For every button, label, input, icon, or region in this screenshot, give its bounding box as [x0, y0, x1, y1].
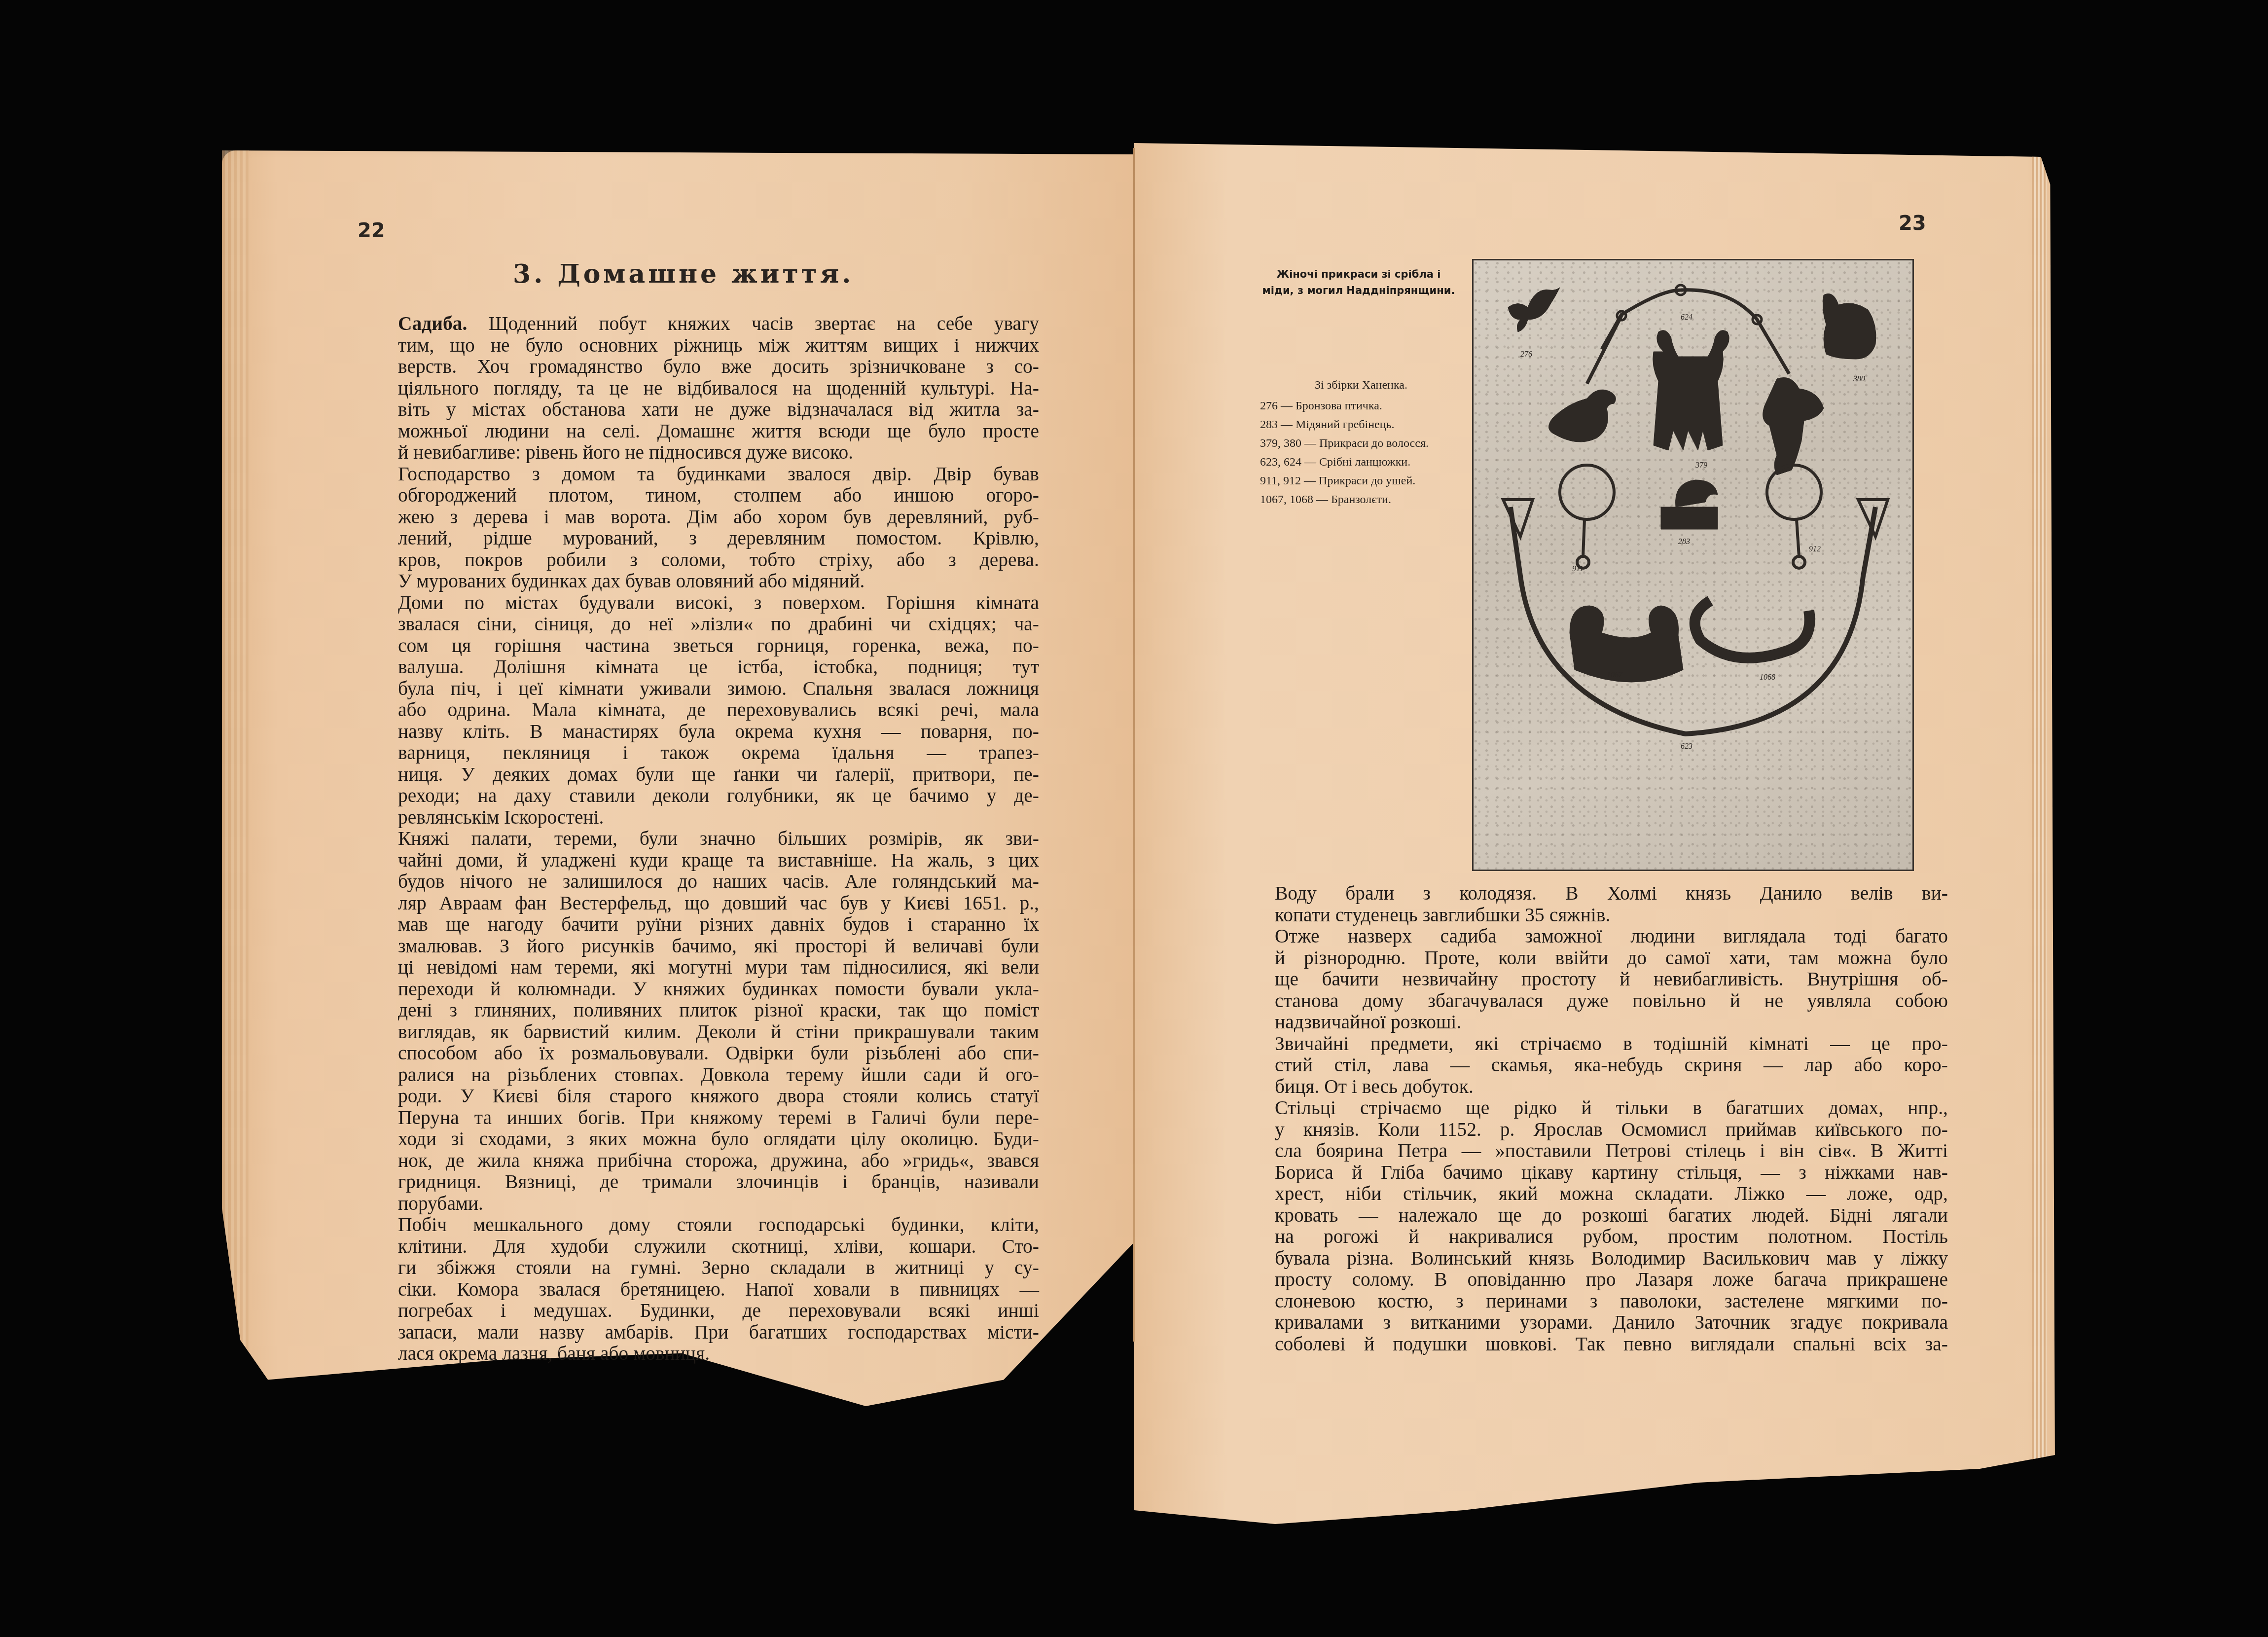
page-number-left: 22: [358, 219, 385, 242]
earring-icon: [1767, 465, 1821, 519]
bracelet-icon: [1570, 606, 1683, 682]
svg-text:911: 911: [1572, 565, 1584, 573]
legend-item: 379, 380 — Прикраси до волосся.: [1260, 434, 1462, 453]
text-line: чайні доми, й уладжені куди краще та вис…: [359, 850, 1039, 872]
text-line: способом або їх розмальовували. Одвірки …: [359, 1043, 1039, 1064]
legend-item: 623, 624 — Срібні ланцюжки.: [1260, 453, 1462, 472]
svg-text:276: 276: [1520, 350, 1532, 359]
text-line: або одрина. Мала кімната, де переховувал…: [359, 699, 1039, 721]
paragraph: Господарство з домом та будинками звалос…: [359, 464, 1039, 592]
text-line: кров, покров робили з соломи, тобто стрі…: [359, 549, 1039, 571]
text-line: сом ця горішня частина зветься горниця, …: [359, 635, 1039, 657]
open-book-spread: 22 23 3. Домашне життя. Садиба. Щоденний…: [0, 0, 2268, 1637]
text-line: клітини. Для худоби служили скотниці, хл…: [359, 1236, 1039, 1258]
paragraph: Стільці стрічаємо ще рідко й тільки в ба…: [1235, 1097, 1948, 1355]
text-line: Побіч мешкального дому стояли господарсь…: [359, 1214, 1039, 1236]
text-line: можньої людини на селі. Домашнє життя вс…: [359, 421, 1039, 442]
text-line: варниця, пекляниця і також окрема їдальн…: [359, 742, 1039, 764]
text-line: звалася сіни, сіниця, до неї »лізли« по …: [359, 614, 1039, 635]
text-line: кровать — належало ще до розкоші багатих…: [1235, 1205, 1948, 1227]
earring-icon: [1560, 465, 1614, 519]
text-line: кривалами з витканими узорами. Данило За…: [1235, 1312, 1948, 1334]
text-line: ляр Авраам фан Вестерфельд, що довший ча…: [359, 893, 1039, 914]
text-line: Господарство з домом та будинками звалос…: [359, 464, 1039, 485]
hair-ornament-icon: [1823, 294, 1876, 360]
svg-text:380: 380: [1853, 375, 1865, 383]
chapter-title: 3. Домашне життя.: [513, 259, 854, 289]
text-line: жею з дерева і мав ворота. Дім або хором…: [359, 507, 1039, 528]
text-line: биця. От і весь добуток.: [1235, 1076, 1948, 1098]
book-spine-gutter: [1133, 148, 1135, 1342]
text-line: переходи й колюмнади. У княжих будинках …: [359, 979, 1039, 1000]
text-line: просту солому. В оповіданню про Лазаря л…: [1235, 1269, 1948, 1291]
text-line: лений, рідше мурований, з деревляним пом…: [359, 528, 1039, 549]
text-line: у князів. Коли 1152. р. Ярослав Осмомисл…: [1235, 1119, 1948, 1141]
hair-ornament-icon: [1653, 330, 1729, 450]
svg-text:912: 912: [1809, 545, 1821, 553]
svg-text:1067: 1067: [1607, 671, 1623, 679]
comb-icon: [1661, 480, 1718, 529]
text-line: порубами.: [359, 1193, 1039, 1215]
paragraph: Побіч мешкального дому стояли господарсь…: [359, 1214, 1039, 1365]
text-line: У мурованих будинках дах бував оловяний …: [359, 571, 1039, 592]
text-line: роди. У Києві біля старого княжого двора…: [359, 1086, 1039, 1107]
text-line: надзвичайної розкоші.: [1235, 1012, 1948, 1033]
text-line: лася окрема лазня, баня або мовниця.: [359, 1343, 1039, 1365]
chain-icon: [1587, 316, 1621, 384]
text-line: запаси, мали назву амбарів. При багатших…: [359, 1322, 1039, 1344]
bracelet-icon: [1695, 601, 1810, 658]
text-line: змалював. З його рисунків бачимо, які пр…: [359, 936, 1039, 957]
text-line: валуша. Долішня кімната це істба, істобк…: [359, 656, 1039, 678]
page-number-right: 23: [1899, 212, 1926, 235]
text-line: ще бачити незвичайну простоту й невибагл…: [1235, 969, 1948, 990]
text-line: ці невідомі нам тереми, які могутні мури…: [359, 957, 1039, 979]
text-line: й невибагливе: рівень його не підносився…: [359, 442, 1039, 464]
text-line: слоневою костю, з перинами з паволоки, з…: [1235, 1291, 1948, 1312]
text-line: сіки. Комора звалася бретяницею. Напої х…: [359, 1279, 1039, 1301]
text-line: віть у містах обстанова хати не дуже від…: [359, 399, 1039, 421]
run-in-heading: Садиба.: [398, 313, 467, 334]
figure-legend: Зі збірки Ханенка. 276 — Бронзова птичка…: [1260, 376, 1462, 509]
text-line: хрест, ніби стільчик, який можна складат…: [1235, 1183, 1948, 1205]
text-line: ходи зі сходами, з яких можна було огляд…: [359, 1128, 1039, 1150]
text-line: на рогожі й накривалися рубом, простим п…: [1235, 1226, 1948, 1248]
text-line: ниця. У деяких домах були ще ґанки чи ґа…: [359, 764, 1039, 786]
page-edge-stack-right: [2032, 143, 2047, 1524]
text-line: ціяльного погляду, та це не відбивалося …: [359, 378, 1039, 400]
text-line: соболеві й подушки шовкові. Так певно ви…: [1235, 1334, 1948, 1355]
left-page-body: Садиба. Щоденний побут княжих часів звер…: [359, 313, 1039, 1365]
svg-text:623: 623: [1681, 742, 1692, 751]
svg-text:624: 624: [1681, 313, 1692, 322]
bird-pendant-icon: [1549, 390, 1616, 442]
text-line: копати студенець завглибшки 35 сяжнів.: [1235, 905, 1948, 926]
text-line: дені з глиняних, поливяних плиток різної…: [359, 1000, 1039, 1021]
text-line: погребах і медушах. Будинки, де перехову…: [359, 1300, 1039, 1322]
text-line: Бориса й Гліба бачимо цікаву картину сті…: [1235, 1162, 1948, 1184]
text-line: Перуна та инших богів. При княжому терем…: [359, 1107, 1039, 1129]
text-line: була піч, і цеї кімнати уживали зимою. С…: [359, 678, 1039, 700]
text-line: ги збіжжя стояли на гумні. Зерно складал…: [359, 1257, 1039, 1279]
text-line: обгороджений плотом, тином, столпем або …: [359, 485, 1039, 507]
right-page-body: Воду брали з колодязя. В Холмі князь Дан…: [1235, 883, 1948, 1355]
text-line: Доми по містах будували високі, з поверх…: [359, 592, 1039, 614]
legend-item: 1067, 1068 — Бранзолєти.: [1260, 490, 1462, 509]
text-line: станова дому збагачувалася дуже повільно…: [1235, 990, 1948, 1012]
legend-item: 911, 912 — Прикраси до ушей.: [1260, 472, 1462, 490]
text-line: ревлянськім Іскоростені.: [359, 807, 1039, 829]
text-line: будов нічого не залишилося до наших часі…: [359, 871, 1039, 893]
text-line: гридниця. Вязниці, де тримали злочинців …: [359, 1171, 1039, 1193]
paragraph: Садиба. Щоденний побут княжих часів звер…: [359, 313, 1039, 464]
text-line: мав ще нагоду бачити руїни різних давніх…: [359, 914, 1039, 936]
paragraph: Отже назверх садиба заможної людини вигл…: [1235, 926, 1948, 1033]
jewelry-drawing: 276 624 380 379 283 911 912 1067 1068 62…: [1474, 260, 1912, 870]
hair-ornament-icon: [1763, 378, 1824, 475]
jewelry-illustration: 276 624 380 379 283 911 912 1067 1068 62…: [1472, 259, 1914, 871]
figure-caption: Жіночі прикраси зі срібла і міди, з моги…: [1260, 266, 1457, 299]
text-line: виглядав, як барвистий килим. Деколи й с…: [359, 1021, 1039, 1043]
text-line: верств. Хоч громадянство було вже досить…: [359, 356, 1039, 378]
text-line: Стільці стрічаємо ще рідко й тільки в ба…: [1235, 1097, 1948, 1119]
svg-text:1068: 1068: [1760, 673, 1775, 682]
text-line: ралися на різьблених стовпах. Довкола те…: [359, 1064, 1039, 1086]
paragraph: Воду брали з колодязя. В Холмі князь Дан…: [1235, 883, 1948, 926]
text-line: нок, де жила княжа прибічна сторожа, дру…: [359, 1150, 1039, 1172]
text-line: бувала різна. Волинський князь Володимир…: [1235, 1248, 1948, 1270]
text-line: тим, що не було основних ріжниць між жит…: [359, 335, 1039, 357]
text-line: назву кліть. В манастирях була окрема ку…: [359, 721, 1039, 743]
paragraph: Доми по містах будували високі, з поверх…: [359, 592, 1039, 829]
text-line: Звичайні предмети, які стрічаємо в тодіш…: [1235, 1033, 1948, 1055]
text-line: й різнородню. Проте, коли ввійти до само…: [1235, 947, 1948, 969]
text-line: реходи; на даху ставили деколи голубники…: [359, 785, 1039, 807]
text-line: Княжі палати, тереми, були значно більши…: [359, 828, 1039, 850]
paragraph: Княжі палати, тереми, були значно більши…: [359, 828, 1039, 1214]
svg-text:379: 379: [1695, 461, 1707, 470]
paragraph: Звичайні предмети, які стрічаємо в тодіш…: [1235, 1033, 1948, 1098]
figure-source: Зі збірки Ханенка.: [1260, 376, 1462, 395]
text-line: сла боярина Петра — »поставили Петрові с…: [1235, 1140, 1948, 1162]
page-edge-stack-left: [222, 150, 249, 1472]
legend-item: 283 — Мідяний гребінець.: [1260, 415, 1462, 434]
text-line: Воду брали з колодязя. В Холмі князь Дан…: [1235, 883, 1948, 905]
svg-text:283: 283: [1678, 538, 1690, 546]
legend-item: 276 — Бронзова птичка.: [1260, 397, 1462, 415]
text-line: стий стіл, лава — скамья, яка-небудь скр…: [1235, 1055, 1948, 1076]
text-line: Отже назверх садиба заможної людини вигл…: [1235, 926, 1948, 947]
bird-figurine-icon: [1508, 288, 1560, 332]
